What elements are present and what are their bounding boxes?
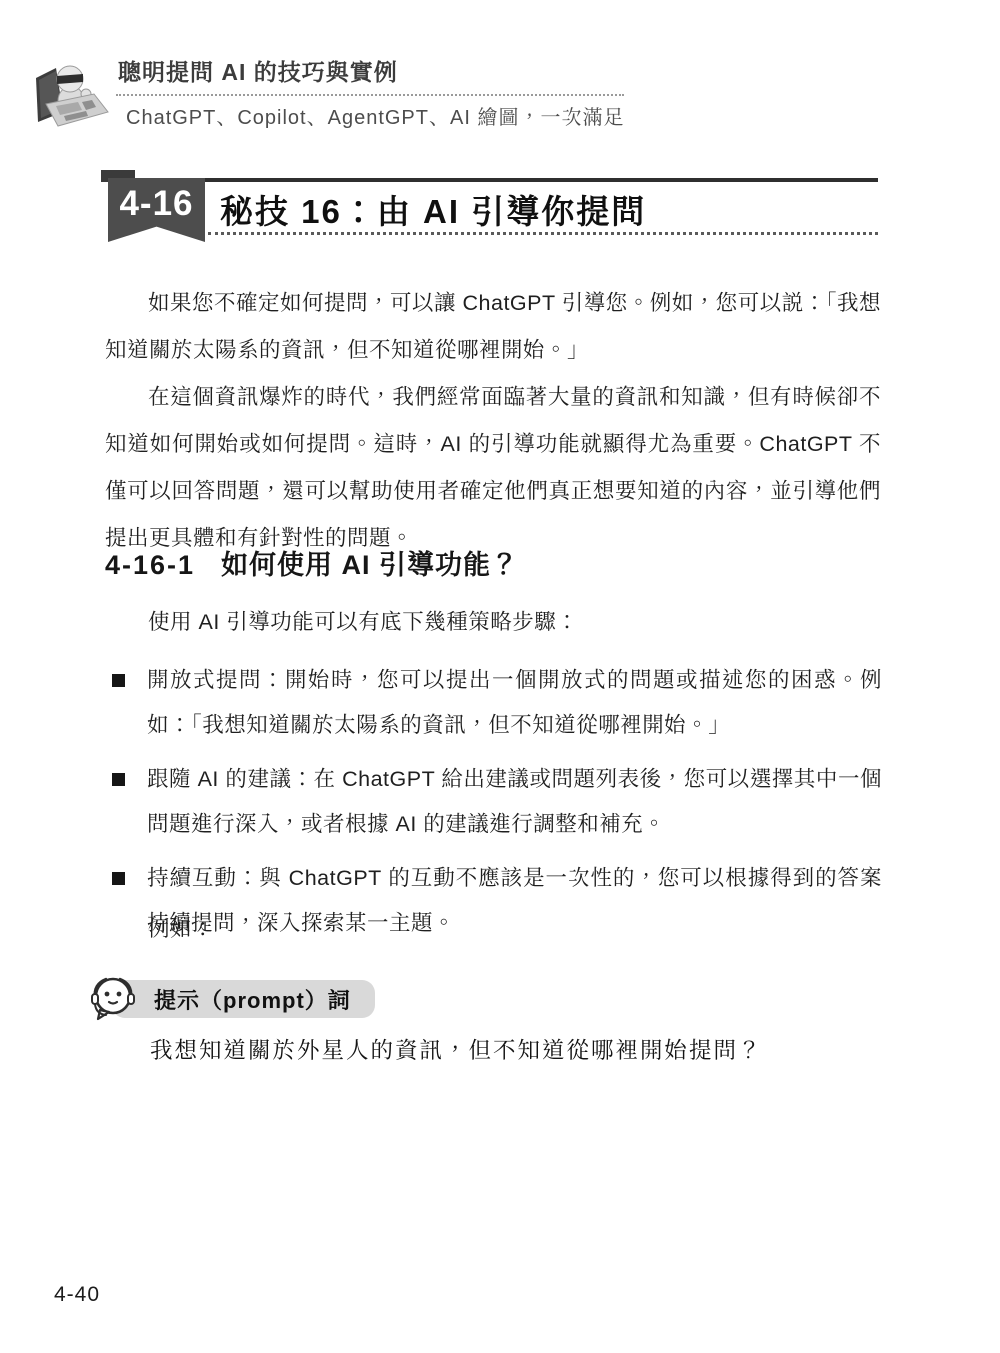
subsection-title: 如何使用 AI 引導功能？ xyxy=(221,550,519,580)
square-bullet-icon xyxy=(112,674,125,687)
section-banner: 4-16 秘技 16：由 AI 引導你提問 xyxy=(108,170,878,244)
square-bullet-icon xyxy=(112,872,125,885)
book-title: 聰明提問 AI 的技巧與實例 xyxy=(116,54,624,96)
banner-top-rule xyxy=(205,178,878,182)
subsection-number: 4-16-1 xyxy=(105,550,195,580)
prompt-text: 我想知道關於外星人的資訊，但不知道從哪裡開始提問？ xyxy=(150,1033,890,1065)
robot-reading-laptop-icon xyxy=(30,52,110,134)
subsection-heading: 4-16-1如何使用 AI 引導功能？ xyxy=(105,543,519,582)
page-number: 4-40 xyxy=(54,1283,100,1307)
banner-dotted-rule xyxy=(208,232,878,235)
prompt-badge-pill: 提示（prompt）詞 xyxy=(112,980,375,1018)
square-bullet-icon xyxy=(112,773,125,786)
list-item-text: 開放式提問：開始時，您可以提出一個開放式的問題或描述您的困惑。例如：「我想知道關… xyxy=(147,658,882,748)
list-intro: 使用 AI 引導功能可以有底下幾種策略步驟： xyxy=(105,602,881,642)
header-text: 聰明提問 AI 的技巧與實例 ChatGPT、Copilot、AgentGPT、… xyxy=(116,52,624,130)
strategy-list: 開放式提問：開始時，您可以提出一個開放式的問題或描述您的困惑。例如：「我想知道關… xyxy=(112,658,882,955)
list-item: 持續互動：與 ChatGPT 的互動不應該是一次性的，您可以根據得到的答案持續提… xyxy=(112,856,882,946)
example-label: 例如： xyxy=(105,912,214,943)
book-subtitle: ChatGPT、Copilot、AgentGPT、AI 繪圖，一次滿足 xyxy=(116,101,624,130)
list-item-text: 持續互動：與 ChatGPT 的互動不應該是一次性的，您可以根據得到的答案持續提… xyxy=(147,856,882,946)
section-title: 秘技 16：由 AI 引導你提問 xyxy=(220,186,646,233)
book-page: { "header": { "title": "聰明提問 AI 的技巧與實例",… xyxy=(0,0,1000,1353)
paragraph: 如果您不確定如何提問，可以讓 ChatGPT 引導您。例如，您可以説：「我想知道… xyxy=(105,280,881,374)
chat-headset-icon xyxy=(86,972,140,1024)
section-number-badge: 4-16 xyxy=(108,178,205,242)
paragraph: 在這個資訊爆炸的時代，我們經常面臨著大量的資訊和知識，但有時候卻不知道如何開始或… xyxy=(105,374,881,562)
running-header: 聰明提問 AI 的技巧與實例 ChatGPT、Copilot、AgentGPT、… xyxy=(30,52,624,134)
list-item-text: 跟隨 AI 的建議：在 ChatGPT 給出建議或問題列表後，您可以選擇其中一個… xyxy=(147,757,882,847)
list-item: 跟隨 AI 的建議：在 ChatGPT 給出建議或問題列表後，您可以選擇其中一個… xyxy=(112,757,882,847)
list-item: 開放式提問：開始時，您可以提出一個開放式的問題或描述您的困惑。例如：「我想知道關… xyxy=(112,658,882,748)
